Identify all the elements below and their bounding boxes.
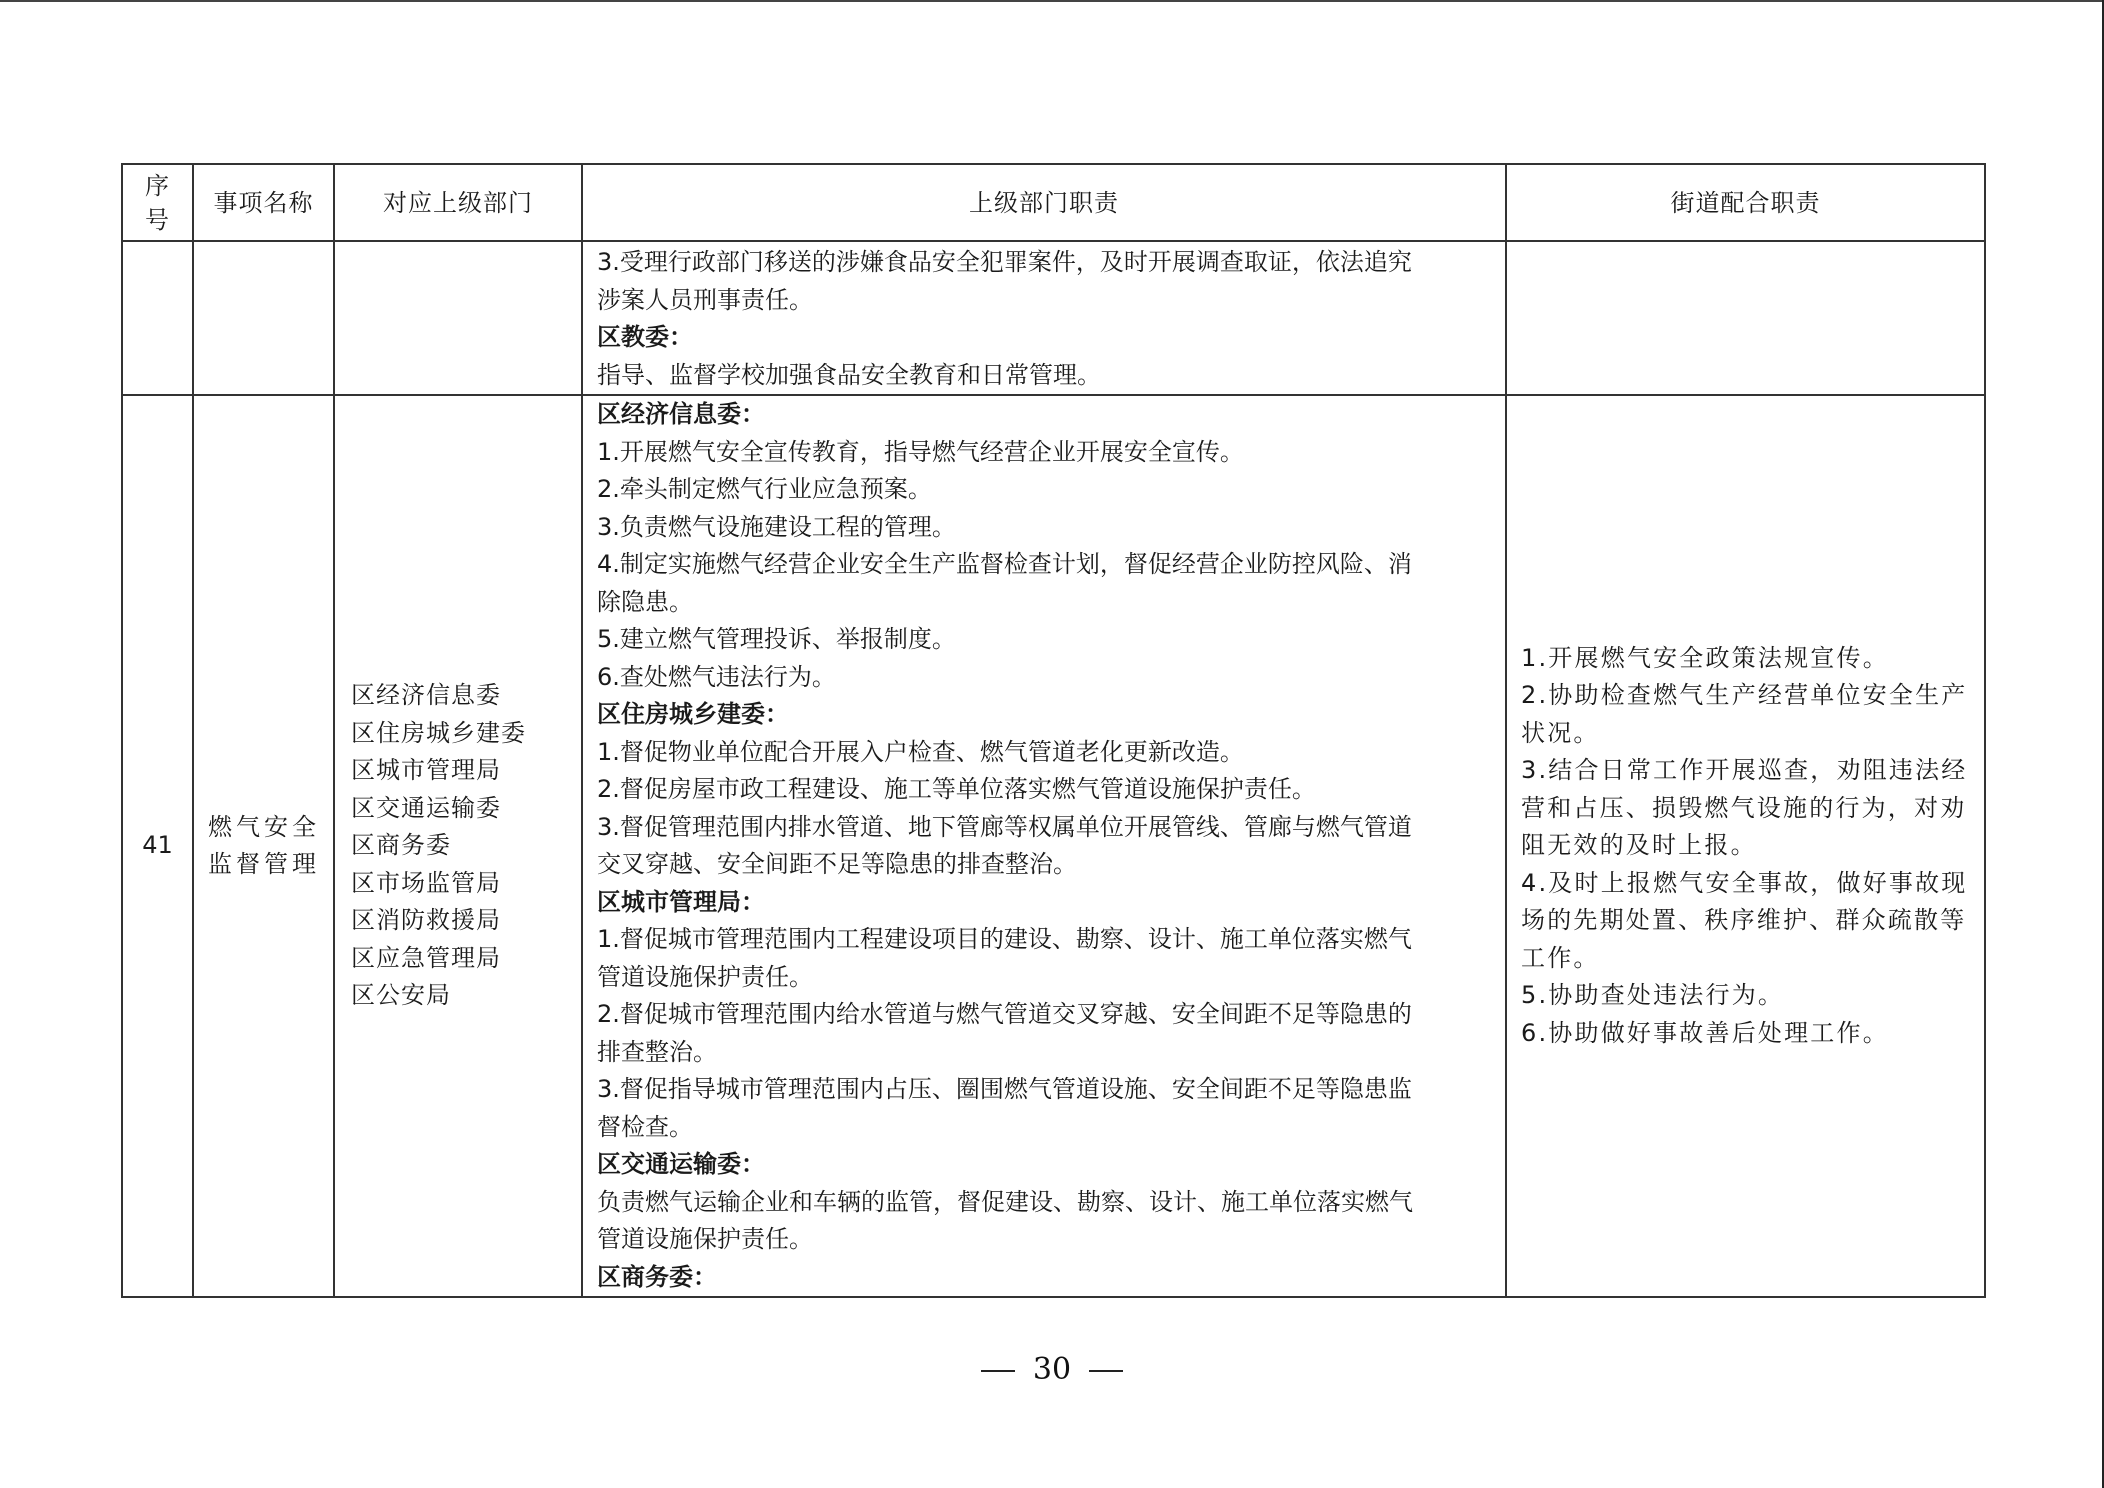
- duty-line: 涉案人员刑事责任。: [597, 282, 1493, 320]
- street-duty-line: 1.开展燃气安全政策法规宣传。: [1521, 640, 1974, 678]
- street-duty-line: 5.协助查处违法行为。: [1521, 977, 1974, 1015]
- header-seq-line2: 号: [123, 203, 192, 237]
- dept-item: 区住房城乡建委: [351, 715, 581, 753]
- page-top-edge: [0, 0, 2104, 2]
- header-superior-dept: 对应上级部门: [334, 164, 582, 241]
- duty-line: 1.开展燃气安全宣传教育，指导燃气经营企业开展安全宣传。: [597, 434, 1493, 472]
- duty-line: 5.建立燃气管理投诉、举报制度。: [597, 621, 1493, 659]
- header-superior-duty: 上级部门职责: [582, 164, 1506, 241]
- cell-street-duty: 1.开展燃气安全政策法规宣传。 2.协助检查燃气生产经营单位安全生产 状况。 3…: [1506, 395, 1985, 1297]
- duty-line: 3.负责燃气设施建设工程的管理。: [597, 509, 1493, 547]
- cell-superior-duty: 3.受理行政部门移送的涉嫌食品安全犯罪案件，及时开展调查取证，依法追究 涉案人员…: [582, 241, 1506, 395]
- street-duty-line: 状况。: [1521, 715, 1974, 753]
- duty-line: 督检查。: [597, 1109, 1493, 1147]
- dept-item: 区商务委: [351, 827, 581, 865]
- dept-item: 区公安局: [351, 977, 581, 1015]
- duty-line: 2.督促城市管理范围内给水管道与燃气管道交叉穿越、安全间距不足等隐患的: [597, 996, 1493, 1034]
- cell-superior-dept: 区经济信息委 区住房城乡建委 区城市管理局 区交通运输委 区商务委 区市场监管局…: [334, 395, 582, 1297]
- dept-item: 区交通运输委: [351, 790, 581, 828]
- duty-dept-heading: 区经济信息委：: [597, 396, 1493, 434]
- duty-line: 排查整治。: [597, 1034, 1493, 1072]
- header-item-name: 事项名称: [193, 164, 334, 241]
- duty-dept-heading: 区交通运输委：: [597, 1146, 1493, 1184]
- duty-line: 管道设施保护责任。: [597, 959, 1493, 997]
- street-duty-line: 阻无效的及时上报。: [1521, 827, 1974, 865]
- duty-dept-heading: 区商务委：: [597, 1259, 1493, 1297]
- page-number-dash-left: [981, 1370, 1015, 1372]
- page-number-value: 30: [1033, 1352, 1071, 1387]
- duty-line: 2.牵头制定燃气行业应急预案。: [597, 471, 1493, 509]
- duty-line: 1.督促城市管理范围内工程建设项目的建设、勘察、设计、施工单位落实燃气: [597, 921, 1493, 959]
- duty-dept-heading: 区住房城乡建委：: [597, 696, 1493, 734]
- duty-dept-heading: 区城市管理局：: [597, 884, 1493, 922]
- dept-item: 区市场监管局: [351, 865, 581, 903]
- duty-line: 3.督促管理范围内排水管道、地下管廊等权属单位开展管线、管廊与燃气管道: [597, 809, 1493, 847]
- duty-division-table: 序 号 事项名称 对应上级部门 上级部门职责 街道配合职责 3.受理行政部门移送…: [121, 163, 1986, 1298]
- page-number-dash-right: [1089, 1370, 1123, 1372]
- cell-seq: [122, 241, 193, 395]
- header-seq: 序 号: [122, 164, 193, 241]
- duty-line: 指导、监督学校加强食品安全教育和日常管理。: [597, 357, 1493, 395]
- duty-line: 1.督促物业单位配合开展入户检查、燃气管道老化更新改造。: [597, 734, 1493, 772]
- duty-line: 3.受理行政部门移送的涉嫌食品安全犯罪案件，及时开展调查取证，依法追究: [597, 244, 1493, 282]
- duty-line: 除隐患。: [597, 584, 1493, 622]
- cell-superior-duty: 区经济信息委： 1.开展燃气安全宣传教育，指导燃气经营企业开展安全宣传。 2.牵…: [582, 395, 1506, 1297]
- cell-seq: 41: [122, 395, 193, 1297]
- duty-line: 负责燃气运输企业和车辆的监管，督促建设、勘察、设计、施工单位落实燃气: [597, 1184, 1493, 1222]
- street-duty-line: 2.协助检查燃气生产经营单位安全生产: [1521, 677, 1974, 715]
- header-seq-line1: 序: [123, 169, 192, 203]
- table-header-row: 序 号 事项名称 对应上级部门 上级部门职责 街道配合职责: [122, 164, 1985, 241]
- table-row-continued: 3.受理行政部门移送的涉嫌食品安全犯罪案件，及时开展调查取证，依法追究 涉案人员…: [122, 241, 1985, 395]
- duty-line: 3.督促指导城市管理范围内占压、圈围燃气管道设施、安全间距不足等隐患监: [597, 1071, 1493, 1109]
- dept-item: 区消防救援局: [351, 902, 581, 940]
- item-name-line: 监督管理: [208, 846, 323, 883]
- street-duty-line: 6.协助做好事故善后处理工作。: [1521, 1015, 1974, 1053]
- cell-item-name: 燃气安全 监督管理: [193, 395, 334, 1297]
- item-name-line: 燃气安全: [208, 809, 323, 846]
- table-row-41: 41 燃气安全 监督管理 区经济信息委 区住房城乡建委 区城市管理局 区交通运输…: [122, 395, 1985, 1297]
- street-duty-line: 营和占压、损毁燃气设施的行为，对劝: [1521, 790, 1974, 828]
- cell-street-duty: [1506, 241, 1985, 395]
- cell-superior-dept: [334, 241, 582, 395]
- street-duty-line: 场的先期处置、秩序维护、群众疏散等: [1521, 902, 1974, 940]
- street-duty-line: 4.及时上报燃气安全事故，做好事故现: [1521, 865, 1974, 903]
- duty-dept-heading: 区教委：: [597, 319, 1493, 357]
- page-number: 30: [0, 1352, 2104, 1387]
- header-street-duty: 街道配合职责: [1506, 164, 1985, 241]
- street-duty-line: 工作。: [1521, 940, 1974, 978]
- dept-item: 区应急管理局: [351, 940, 581, 978]
- cell-item-name: [193, 241, 334, 395]
- dept-item: 区经济信息委: [351, 677, 581, 715]
- dept-item: 区城市管理局: [351, 752, 581, 790]
- street-duty-line: 3.结合日常工作开展巡查，劝阻违法经: [1521, 752, 1974, 790]
- duty-line: 交叉穿越、安全间距不足等隐患的排查整治。: [597, 846, 1493, 884]
- duty-line: 4.制定实施燃气经营企业安全生产监督检查计划，督促经营企业防控风险、消: [597, 546, 1493, 584]
- duty-line: 6.查处燃气违法行为。: [597, 659, 1493, 697]
- duty-line: 管道设施保护责任。: [597, 1221, 1493, 1259]
- duty-line: 2.督促房屋市政工程建设、施工等单位落实燃气管道设施保护责任。: [597, 771, 1493, 809]
